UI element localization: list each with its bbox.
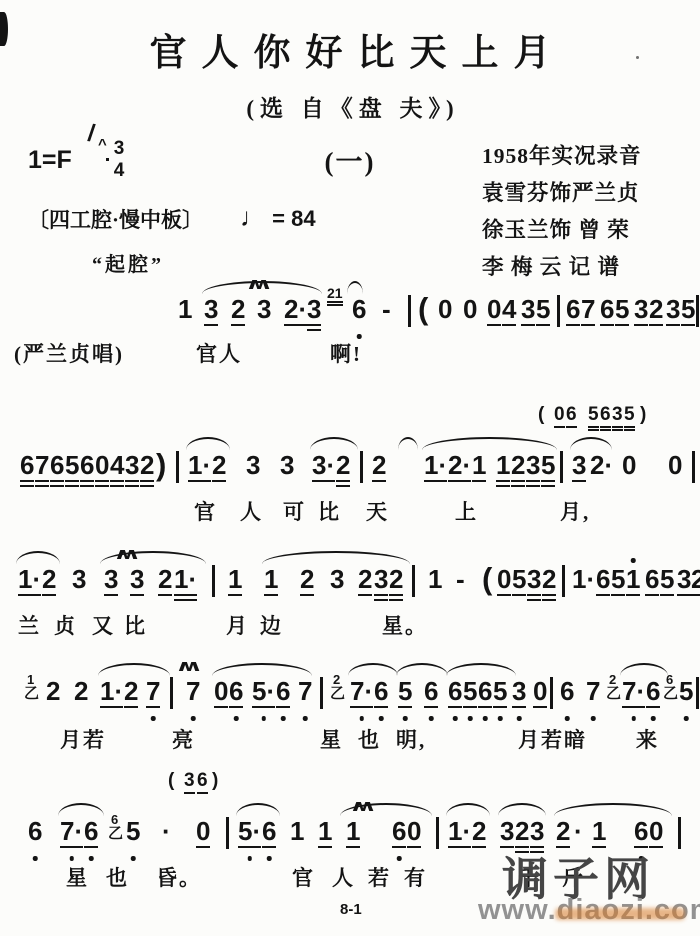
barline [176,451,179,483]
lyric-text: 月, [560,496,590,526]
note-token: - [456,564,465,594]
notation-area: 13232·3216-(00043567653235(严兰贞唱)官人啊!(065… [0,0,700,936]
note-token: 6 [646,676,660,708]
note-token: 0 [95,450,109,487]
note-token: 7 [35,450,49,487]
note-token: 0 [554,404,565,428]
note-token: 6 [197,770,208,794]
grace-hook-icon: 乙 [24,679,39,709]
note-token: 1 [178,294,192,324]
lyric-text: 人 [332,862,355,892]
note-token: 5 [398,676,412,708]
note-token: 1 [496,450,510,487]
note-token: 1· [18,564,41,596]
note-token: 6 [600,294,614,326]
lyric-text: 官 [292,862,315,892]
barline [360,451,363,483]
lyric-text: 又 [92,610,115,640]
note-token: 7 [186,676,200,706]
parenthesis: ) [640,404,646,426]
note-token: 3 [280,450,294,480]
note-token: 5 [65,450,79,487]
note-token: 2 [140,450,154,487]
note-token: 2 [46,676,60,706]
lyric-text: 月 [226,610,249,640]
note-token: 7 [298,676,312,706]
note-token: 5 [126,816,140,846]
slur-arc [570,437,612,450]
slur-arc [262,551,410,564]
barline [550,677,553,709]
note-token: 3 [527,564,541,601]
lyric-text: 明, [396,724,426,754]
note-token: 7 [586,676,600,706]
barline [557,295,560,327]
slur-arc [348,663,398,676]
note-token: 2 [212,450,226,482]
slur-arc [310,437,358,450]
lyric-text: 月若暗 [518,724,587,754]
note-token: 0 [407,816,421,848]
note-token: 0 [497,564,511,596]
note-token: 0 [438,294,452,324]
parenthesis: ( [168,770,174,792]
tremolo-icon [352,798,374,814]
note-token: 0 [214,676,228,708]
note-token: 2 [158,564,172,596]
barline [408,295,411,327]
barline [320,677,323,709]
note-token: 3 [130,564,144,596]
barline [696,295,699,327]
note-token: 6 [20,450,34,487]
note-token: 1 [318,816,332,848]
barline [678,817,681,849]
grace-hook-icon: 乙 [606,679,621,709]
grace-hook-icon: 乙 [330,679,345,709]
lyric-text: 星 [66,862,89,892]
note-token: 7 [581,294,595,326]
lyric-text: 比 [318,496,341,526]
slur-arc [16,551,60,564]
note-token: 2 [542,564,556,601]
note-token: 1· [448,816,471,848]
slur-arc [347,281,363,294]
note-token: 1 [428,564,442,594]
note-token: 2· [448,450,471,482]
note-token: 6 [560,676,574,706]
note-token: 6 [478,676,492,708]
grace-note: 1乙 [24,676,42,706]
note-token: 6 [374,676,388,708]
note-token: 1· [424,450,447,482]
note-token: 3 [521,294,535,326]
note-token: 2 [511,450,525,487]
note-token: 0 [487,294,501,326]
slur-arc [98,663,170,676]
note-token: 5 [681,294,695,326]
note-token: 3 [72,564,86,594]
lyric-text: 有 [404,862,427,892]
note-token: 3 [307,294,321,331]
parenthesis: ) [212,770,218,792]
tremolo-icon [116,546,138,562]
note-token: 7· [350,676,373,708]
note-token: 5 [615,294,629,326]
page-number: 8-1 [340,901,362,918]
note-token: 4 [502,294,516,326]
note-token: 3 [612,404,623,431]
note-token: · [162,816,171,846]
barline [562,565,565,597]
lyric-text: 亮 [172,724,195,754]
barline [212,565,215,597]
note-token: 3 [666,294,680,326]
lyric-text: 昏。 [156,862,202,892]
note-token: 2 [649,294,663,326]
note-token: 5 [541,450,555,487]
lyric-text: 啊! [330,338,362,368]
lyric-text: 来 [636,724,659,754]
note-token: 0 [533,676,547,708]
barline [560,451,563,483]
note-token: 6 [596,564,610,596]
note-token: 1 [472,450,486,482]
note-token: 3 [104,564,118,596]
note-token: 6 [566,404,577,428]
sheet-music-page: 官人你好比天上月 (选 自《盘 夫》) 1=F / ^ 3 4 (一) 1958… [0,0,700,936]
slur-arc [554,803,672,816]
tremolo-icon [178,658,200,674]
note-token: 5 [624,404,635,431]
slur-arc [620,663,668,676]
lyric-text: 星。 [382,610,428,640]
note-token: 6 [28,816,42,846]
lyric-text: 也 [106,862,129,892]
tremolo-icon [248,276,270,292]
lyric-text: 星 [320,724,343,754]
note-token: 7· [622,676,645,708]
note-token: 3 [330,564,344,594]
note-token: 6 [276,676,290,708]
note-token: 1 [346,816,360,848]
note-token: 6 [424,676,438,708]
barline [412,565,415,597]
note-token: 3· [312,450,335,482]
note-token: 5 [463,676,477,708]
lyric-text: 官人 [196,338,242,368]
lyric-text: (严兰贞唱) [14,338,124,368]
note-token: 0 [622,450,636,480]
note-token: 6 [352,294,366,324]
lyric-text: 人 [240,496,263,526]
note-token: 2 [42,564,56,596]
note-token: 1· [572,564,595,594]
lyric-text: 兰 [18,610,41,640]
note-token: 5· [238,816,261,848]
note-token: 3 [184,770,195,794]
note-token: 6 [645,564,659,596]
note-token: 1 [626,564,640,596]
grace-hook-icon: 乙 [108,819,123,849]
lyric-text: 贞 [54,610,77,640]
note-token: 3 [634,294,648,326]
parenthesis: ( [538,404,544,426]
slur-arc [446,663,516,676]
grace-note: 2乙 [330,676,348,706]
note-token: 3 [204,294,218,326]
slur-arc [398,437,418,450]
lyric-text: 边 [260,610,283,640]
lyric-text: 天 [366,496,389,526]
note-token: 2 [74,676,88,706]
parenthesis: ( [418,294,428,324]
lyric-text: 上 [455,496,478,526]
lyric-text: 比 [124,610,147,640]
lyric-text: 官 [194,496,217,526]
note-token: 3 [374,564,388,601]
note-token: 21 [327,286,343,306]
note-token: 2 [472,816,486,848]
lyric-text: 月若 [60,724,106,754]
note-token: 5 [536,294,550,326]
note-token: - [382,294,391,324]
note-token: 5 [493,676,507,708]
note-token: 2 [691,564,700,596]
note-token: 6 [50,450,64,487]
slur-arc [58,803,104,816]
note-token: 3 [246,450,260,480]
barline [436,817,439,849]
note-token: 3 [572,450,586,482]
note-token: 0 [196,816,210,848]
note-token: 5 [512,564,526,596]
note-token: 2 [300,564,314,596]
lyric-text: 若 [368,862,391,892]
note-token: 6 [600,404,611,431]
note-token: 1· [188,450,211,482]
note-token: 3 [512,676,526,708]
note-token: 6 [229,676,243,708]
note-token: 1 [264,564,278,596]
note-token: 6 [448,676,462,708]
slur-arc [422,437,557,450]
note-token: 0 [463,294,477,324]
barline [696,677,699,709]
note-token: 2 [389,564,403,601]
slur-arc [236,803,280,816]
slur-arc [446,803,490,816]
grace-hook-icon: 乙 [663,679,678,709]
barline [226,817,229,849]
slur-arc [212,663,312,676]
note-token: 2 [124,676,138,708]
note-token: 5 [611,564,625,596]
barline [692,451,695,483]
note-token: 2 [231,294,245,326]
note-token: 6 [566,294,580,326]
note-token: 1 [228,564,242,596]
note-token: 2 [372,450,386,482]
note-token: 3 [677,564,691,596]
note-token: 5 [679,676,693,706]
lyric-text: 也 [358,724,381,754]
note-token: 0 [668,450,682,480]
note-token: 5 [660,564,674,596]
note-token: 4 [110,450,124,487]
note-token: 6 [392,816,406,848]
note-token: 2· [590,450,613,480]
note-token: 1· [100,676,123,708]
note-token: 5 [588,404,599,431]
note-token: 6 [262,816,276,848]
note-token: 5· [252,676,275,708]
note-token: 3 [257,294,271,324]
note-token: 6 [80,450,94,487]
note-token: 7 [146,676,160,708]
lyric-text: 可 [283,496,306,526]
note-token: 2· [284,294,307,326]
watermark-orange-smudge [555,908,685,920]
note-token: 1· [174,564,197,601]
note-token: 3 [526,450,540,487]
note-token: 2 [336,450,350,487]
grace-note: 6乙 [108,816,126,846]
note-token: 2 [358,564,372,596]
note-token: 7· [60,816,83,848]
parenthesis: ) [156,450,166,480]
slur-arc [498,803,546,816]
note-token: 1 [290,816,304,846]
note-token: 6 [84,816,98,848]
slur-arc [186,437,230,450]
note-token: 3 [125,450,139,487]
slur-arc [396,663,448,676]
barline [170,677,173,709]
note-token: · [574,816,583,846]
parenthesis: ( [482,564,492,594]
